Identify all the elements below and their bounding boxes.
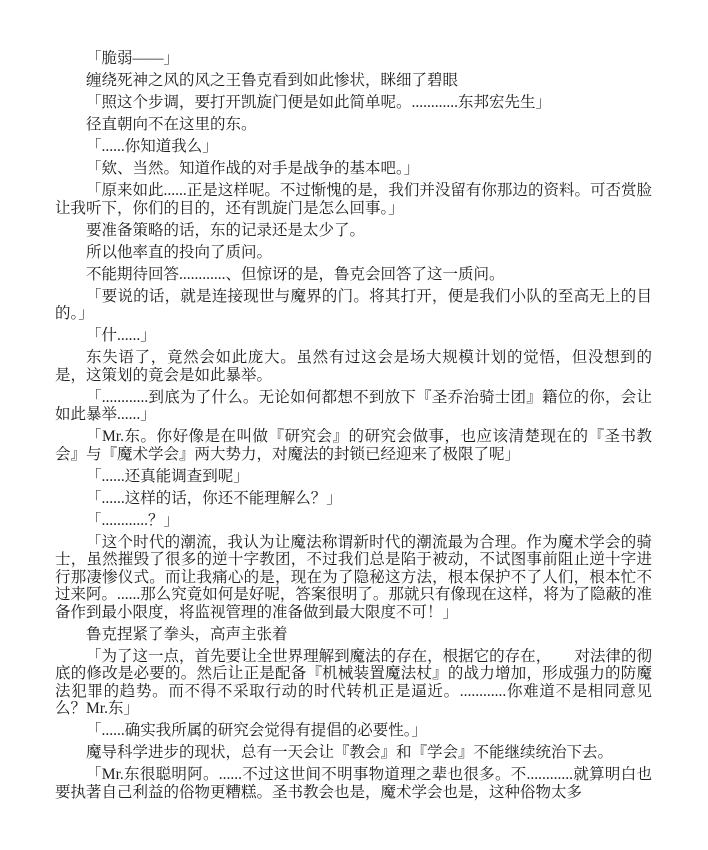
paragraph: 要准备策略的话，东的记录还是太少了。 bbox=[55, 222, 652, 240]
paragraph: 「欸、当然。知道作战的对手是战争的基本吧。」 bbox=[55, 160, 652, 178]
paragraph: 「要说的话，就是连接现世与魔界的门。将其打开，便是我们小队的至高无上的目的。」 bbox=[55, 288, 652, 323]
paragraph: 不能期待回答............、但惊讶的是，鲁克会回答了这一质问。 bbox=[55, 266, 652, 284]
paragraph: 「......你知道我么」 bbox=[55, 138, 652, 156]
paragraph: 「Mr.东很聪明阿。......不过这世间不明事物道理之辈也很多。不......… bbox=[55, 766, 652, 801]
paragraph: 「为了这一点，首先要让全世界理解到魔法的存在，根据它的存在， 对法律的彻底的修改… bbox=[55, 648, 652, 718]
paragraph: 「............？」 bbox=[55, 512, 652, 530]
paragraph: 鲁克捏紧了拳头，高声主张着 bbox=[55, 626, 652, 644]
novel-text-body: 「脆弱——」 缠绕死神之风的风之王鲁克看到如此惨状，眯细了碧眼 「照这个步调，要… bbox=[55, 50, 652, 801]
paragraph: 「Mr.东。你好像是在叫做『研究会』的研究会做事，也应该清楚现在的『圣书教会』与… bbox=[55, 428, 652, 463]
paragraph: 所以他率直的投向了质问。 bbox=[55, 244, 652, 262]
paragraph: 「......这样的话，你还不能理解么？」 bbox=[55, 490, 652, 508]
paragraph: 「......确实我所属的研究会觉得有提倡的必要性。」 bbox=[55, 722, 652, 740]
paragraph: 魔导科学进步的现状，总有一天会让『教会』和『学会』不能继续统治下去。 bbox=[55, 744, 652, 762]
paragraph: 「照这个步调，要打开凯旋门便是如此简单呢。............东邦宏先生」 bbox=[55, 94, 652, 112]
paragraph: 「这个时代的潮流，我认为让魔法称谓新时代的潮流最为合理。作为魔术学会的骑士，虽然… bbox=[55, 534, 652, 622]
paragraph: 「............到底为了什么。无论如何都想不到放下『圣乔治骑士团』籍位… bbox=[55, 389, 652, 424]
paragraph: 「......还真能调查到呢」 bbox=[55, 468, 652, 486]
paragraph: 「什......」 bbox=[55, 327, 652, 345]
paragraph: 径直朝向不在这里的东。 bbox=[55, 116, 652, 134]
novel-page: 「脆弱——」 缠绕死神之风的风之王鲁克看到如此惨状，眯细了碧眼 「照这个步调，要… bbox=[0, 0, 708, 850]
paragraph: 东失语了，竟然会如此庞大。虽然有过这会是场大规模计划的觉悟，但没想到的是，这策划… bbox=[55, 349, 652, 384]
paragraph: 「脆弱——」 bbox=[55, 50, 652, 68]
paragraph: 「原来如此......正是这样呢。不过惭愧的是，我们并没留有你那边的资料。可否赏… bbox=[55, 182, 652, 217]
paragraph: 缠绕死神之风的风之王鲁克看到如此惨状，眯细了碧眼 bbox=[55, 72, 652, 90]
